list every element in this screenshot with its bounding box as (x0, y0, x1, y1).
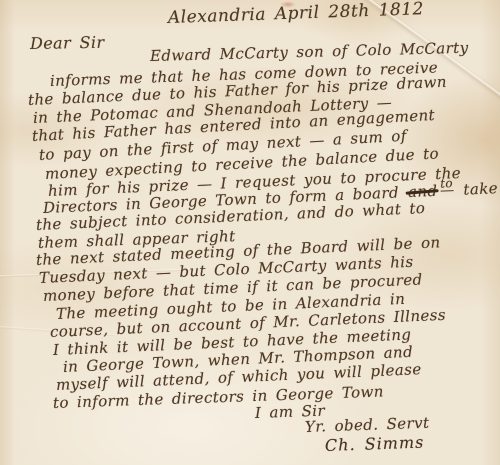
scanned-letter: Alexandria April 28th 1812 Dear Sir Edwa… (0, 0, 500, 465)
letter-signature: Ch. Simms (325, 435, 425, 454)
inserted-word: to (440, 176, 454, 192)
letter-page: Alexandria April 28th 1812 Dear Sir Edwa… (0, 0, 500, 465)
line-text: take (455, 179, 498, 199)
letter-salutation: Dear Sir (30, 35, 105, 52)
letter-dateline: Alexandria April 28th 1812 (168, 1, 425, 27)
